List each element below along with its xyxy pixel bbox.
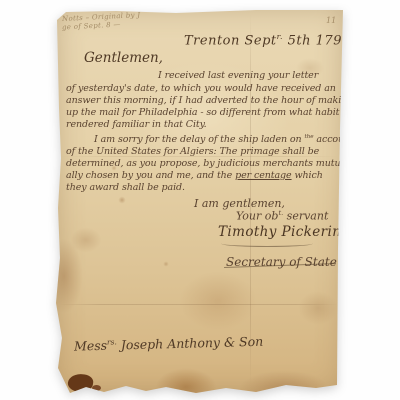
address-superscript: rs. bbox=[107, 337, 117, 346]
signature: Timothy Pickering bbox=[218, 224, 350, 240]
address-line: Messrs. Joseph Anthony & Son bbox=[74, 334, 264, 354]
fold-crease-horizontal-lower bbox=[59, 304, 338, 305]
body-line: I received last evening your letter bbox=[158, 70, 318, 81]
letter-paper-wrapper: Notts – Original by J ge of Sept. 8 — 11… bbox=[56, 8, 344, 394]
closing-servant-line: Your obt. servant bbox=[236, 209, 328, 223]
body-line-text: I am sorry for the delay of the ship lad… bbox=[94, 134, 304, 145]
corner-damage-spot bbox=[67, 372, 94, 393]
body-line: determined, as you propose, by judicious… bbox=[66, 158, 344, 169]
address-text: Mess bbox=[74, 338, 107, 354]
salutation: Gentlemen, bbox=[84, 50, 163, 66]
closing-servant-text: Your ob bbox=[236, 210, 278, 223]
body-line: rendered familiar in that City. bbox=[66, 119, 207, 130]
body-line-text: which bbox=[292, 170, 323, 181]
letter-paper: Notts – Original by J ge of Sept. 8 — 11… bbox=[56, 8, 344, 394]
body-line-text: ally chosen by you and me, and the bbox=[66, 170, 235, 181]
docket-note-line2: ge of Sept. 8 — bbox=[62, 20, 121, 31]
signature-flourish-curve bbox=[221, 240, 313, 247]
body-line: of yesterday's date, to which you would … bbox=[66, 83, 336, 94]
dateline-text: Trenton Sept bbox=[184, 33, 277, 48]
body-line: answer this morning, if I had adverted t… bbox=[66, 95, 353, 106]
dateline: Trenton Septr. 5th 1797. bbox=[184, 32, 355, 48]
body-line: up the mail for Philadelphia - so differ… bbox=[66, 107, 360, 118]
body-line-text: account bbox=[313, 134, 353, 145]
photo-background: Notts – Original by J ge of Sept. 8 — 11… bbox=[0, 0, 400, 400]
address-text: Joseph Anthony & Son bbox=[117, 334, 264, 353]
body-line: ally chosen by you and me, and the per c… bbox=[66, 170, 323, 181]
underlined-phrase: per centage bbox=[235, 170, 291, 181]
body-line: of the United States for Algiers: The pr… bbox=[66, 146, 319, 157]
dateline-year: 5th 1797. bbox=[283, 33, 355, 48]
page-number-annotation: 11 bbox=[326, 16, 336, 25]
body-line: I am sorry for the delay of the ship lad… bbox=[94, 134, 354, 145]
corner-damage-small-spot bbox=[92, 385, 101, 391]
closing-servant-text: servant bbox=[283, 210, 328, 223]
body-line: they award shall be paid. bbox=[66, 182, 185, 193]
